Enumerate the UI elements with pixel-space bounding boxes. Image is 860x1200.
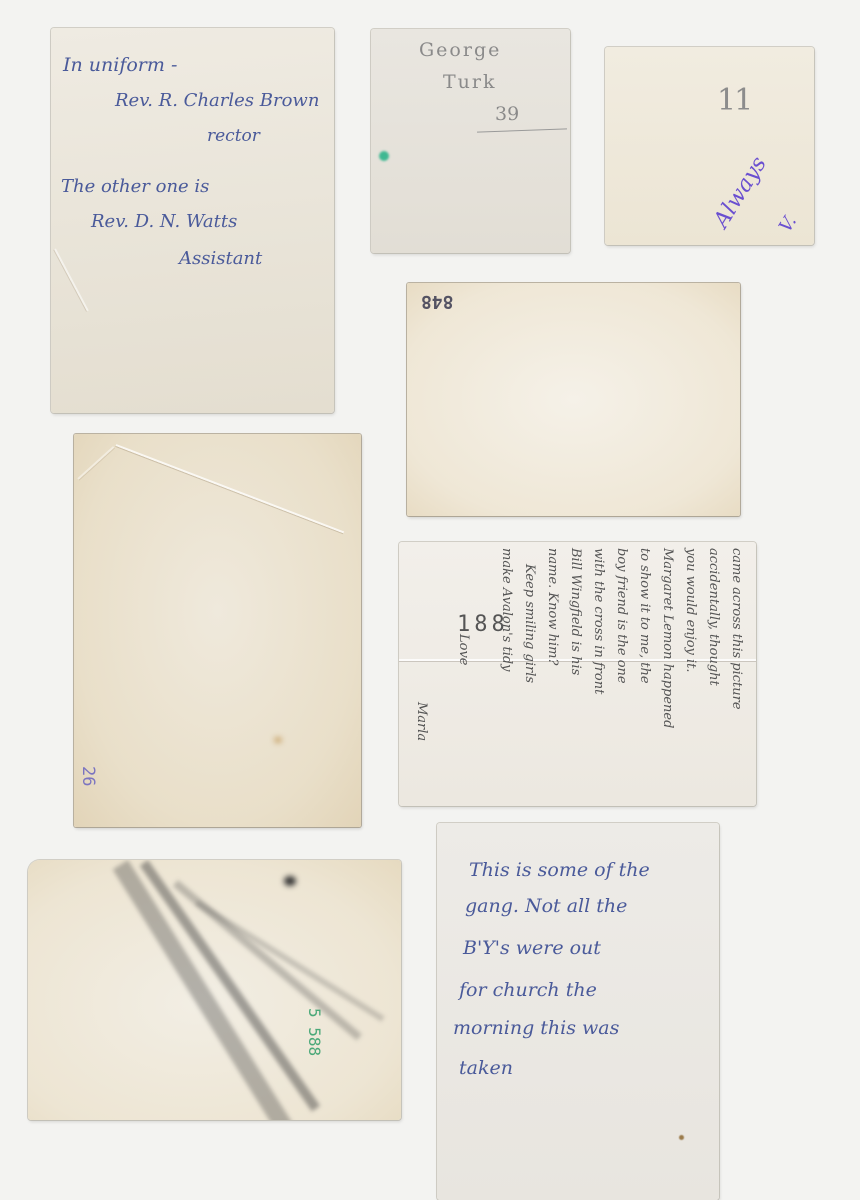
photo-back-card-8: This is some of the gang. Not all the B'… (437, 823, 719, 1200)
stamp-number: 5 588 (305, 1008, 324, 1056)
photo-back-card-4: 848 (407, 283, 740, 516)
green-ink-spot (379, 151, 389, 161)
photo-back-card-3: 11 Always V. (605, 47, 814, 245)
photo-back-card-5: 26 (74, 434, 361, 827)
note-line: Rev. D. N. Watts (91, 211, 237, 232)
note-line: Keep smiling girls (522, 564, 537, 683)
pencil-mark: 11 (717, 83, 751, 118)
note-line: Always (709, 152, 772, 232)
note-line: you would enjoy it. (683, 548, 698, 673)
note-line: In uniform - (63, 54, 177, 76)
note-line: with the cross in front (591, 548, 606, 694)
dark-spot (284, 876, 296, 886)
note-line: V. (775, 212, 801, 236)
note-line: 39 (495, 103, 519, 125)
note-line: Marla (414, 702, 429, 741)
note-line: came across this picture (729, 548, 744, 710)
note-line: rector (207, 126, 260, 146)
note-line: name. Know him? (545, 548, 560, 665)
note-line: gang. Not all the (465, 895, 627, 917)
photo-back-card-7: 5 588 (28, 860, 401, 1120)
crease-mark (77, 446, 114, 480)
photo-back-card-2: George Turk 39 (371, 29, 570, 253)
stain-spot (679, 1135, 684, 1140)
note-line: Love (456, 634, 471, 666)
photo-back-card-1: In uniform - Rev. R. Charles Brown recto… (51, 28, 334, 413)
crease-mark (116, 444, 345, 533)
note-line: Margaret Lemon happened (660, 548, 675, 728)
stamp-number: 848 (421, 291, 454, 312)
note-line: to show it to me, the (637, 548, 652, 684)
note-line: morning this was (453, 1017, 619, 1039)
note-line: George (419, 39, 501, 61)
note-line: Bill Wingfield is his (568, 548, 583, 675)
note-line: taken (459, 1057, 513, 1079)
dark-streak (113, 860, 298, 1120)
note-line: accidentally, thought (706, 548, 721, 686)
dark-streak (195, 900, 385, 1022)
note-line: B'Y's were out (463, 937, 601, 959)
photo-back-card-6: 188 came across this picture accidentall… (399, 542, 756, 806)
stamp-number: 26 (78, 766, 98, 786)
note-line: boy friend is the one (614, 548, 629, 684)
stain-spot (274, 737, 282, 743)
note-line: Turk (443, 71, 497, 93)
underline-mark (477, 128, 567, 132)
note-line: Rev. R. Charles Brown (115, 90, 319, 111)
note-line: Assistant (179, 248, 262, 269)
note-line: This is some of the (469, 859, 650, 881)
crease-mark (54, 249, 89, 312)
note-line: The other one is (61, 176, 209, 197)
note-line: for church the (459, 979, 597, 1001)
note-line: make Avalon's tidy (499, 548, 514, 672)
